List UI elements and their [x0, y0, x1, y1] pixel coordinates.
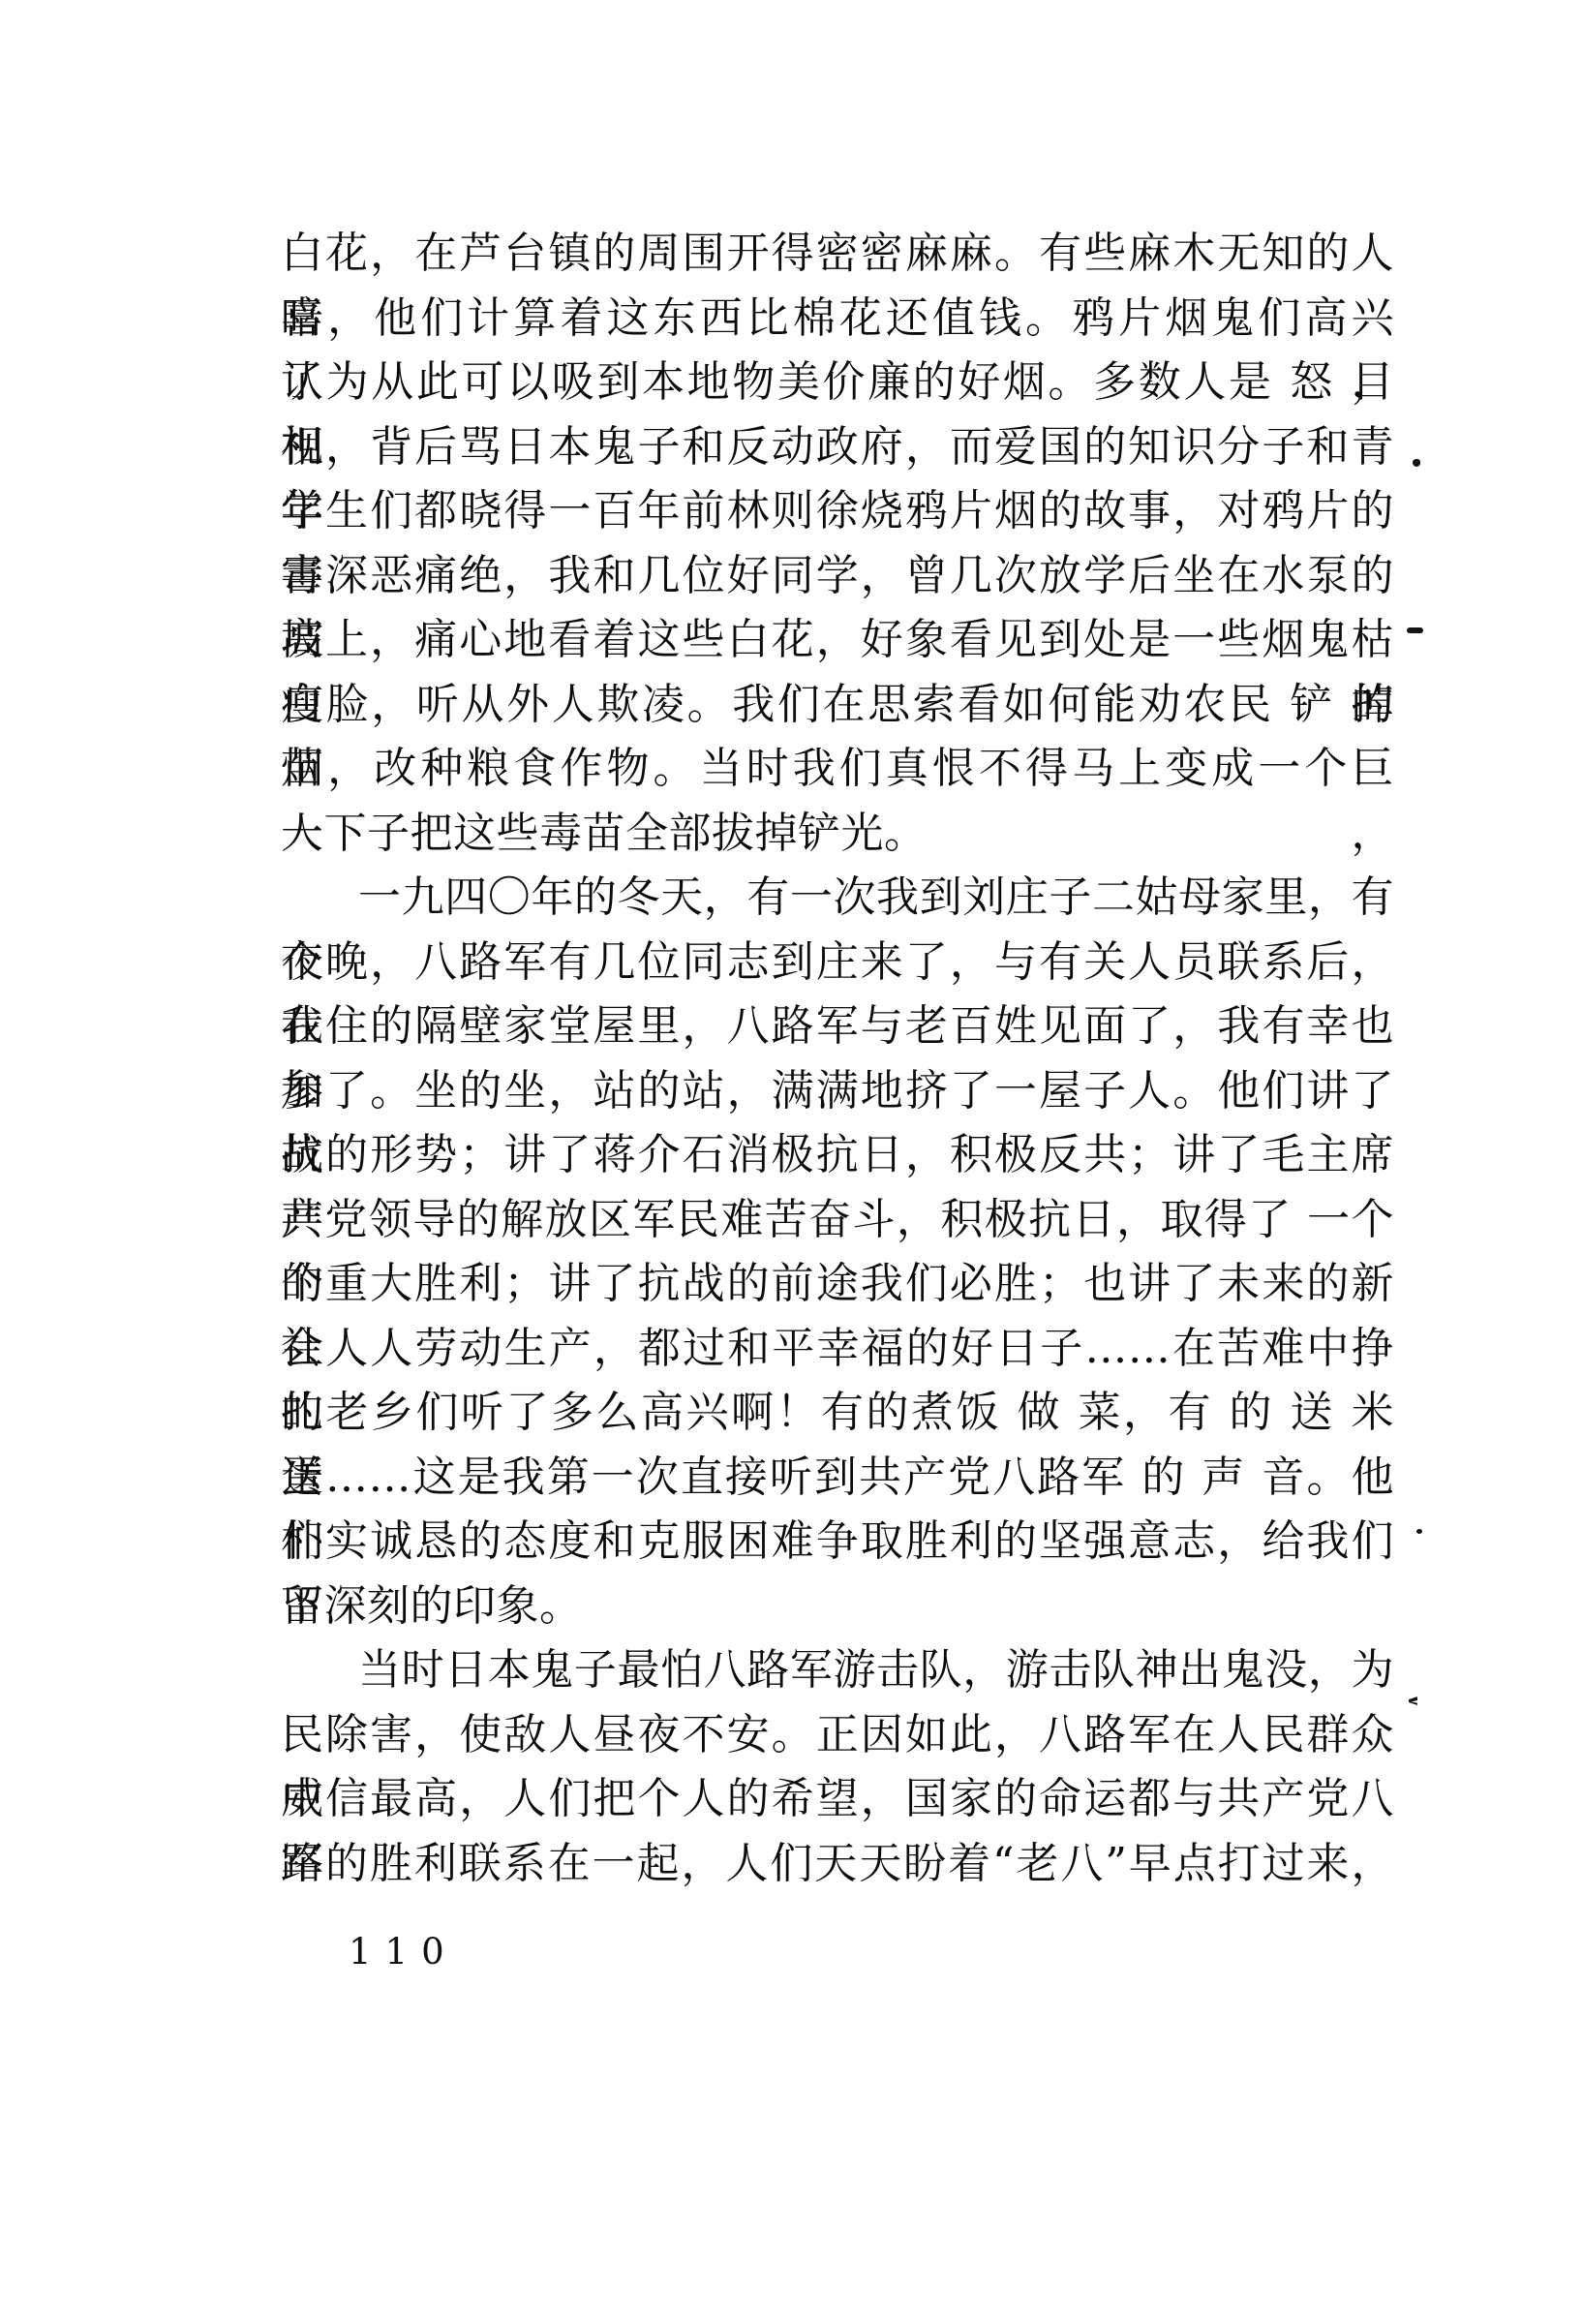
text-line: 的老乡们听了多么高兴啊！有的煮饭 做 菜，有 的 送 米 送: [281, 1381, 1394, 1446]
text-line: 下深刻的印象。: [281, 1575, 1394, 1639]
text-line: 视，背后骂日本鬼子和反动政府，而爱国的知识分子和青年: [281, 415, 1394, 480]
text-line: 蛋……这是我第一次直接听到共产党八路军 的 声 音。他 们: [281, 1446, 1394, 1511]
ink-speck: [1407, 627, 1423, 633]
text-line: 白花，在芦台镇的周围开得密密麻麻。有些麻木无知的人暗: [281, 222, 1394, 287]
text-line: 的重大胜利；讲了抗战的前途我们必胜；也讲了未来的新社: [281, 1252, 1394, 1317]
text-line: 加了。坐的坐，站的站，满满地挤了一屋子人。他们讲了抗: [281, 1059, 1394, 1124]
text-line: 坡上，痛心地看着这些白花，好象看见到处是一些烟鬼枯瘦的: [281, 608, 1394, 673]
text-line: 军的胜利联系在一起，人们天天盼着“老八”早点打过来，: [281, 1832, 1394, 1897]
text-line: 喜，他们计算着这东西比棉花还值钱。鸦片烟鬼们高兴了，: [281, 287, 1394, 352]
text-line: 我住的隔壁家堂屋里，八路军与老百姓见面了，我有幸也参: [281, 994, 1394, 1059]
text-line: 夜晚，八路军有几位同志到庄来了，与有关人员联系后，在: [281, 931, 1394, 995]
ink-speck: [1409, 1697, 1417, 1705]
text-line: 产党领导的解放区军民难苦奋斗，积极抗日，取得了 一个个: [281, 1188, 1394, 1253]
text-line: 战的形势；讲了蒋介石消极抗日，积极反共；讲了毛主席共: [281, 1123, 1394, 1188]
text-line: 会人人劳动生产，都过和平幸福的好日子……在苦难中挣扎: [281, 1317, 1394, 1382]
text-line: 害深恶痛绝，我和几位好同学，曾几次放学后坐在水泵的高: [281, 544, 1394, 609]
text-line: 苗，改种粮食作物。当时我们真恨不得马上变成一个巨人，: [281, 737, 1394, 802]
ink-speck: [1416, 1529, 1422, 1534]
text-line paragraph-start: 一九四〇年的冬天，有一次我到刘庄子二姑母家里，有个: [281, 866, 1394, 931]
page-number: 110: [349, 1931, 458, 1972]
text-line paragraph-start: 当时日本鬼子最怕八路军游击队，游击队神出鬼没，为: [281, 1638, 1394, 1703]
body-text-block: 白花，在芦台镇的周围开得密密麻麻。有些麻木无知的人暗 喜，他们计算着这东西比棉花…: [281, 222, 1394, 1896]
text-line: 学生们都晓得一百年前林则徐烧鸦片烟的故事，对鸦片的毒: [281, 479, 1394, 544]
scanned-book-page: 白花，在芦台镇的周围开得密密麻麻。有些麻木无知的人暗 喜，他们计算着这东西比棉花…: [0, 0, 1582, 2324]
text-line: 朴实诚恳的态度和克服困难争取胜利的坚强意志，给我们留: [281, 1510, 1394, 1575]
text-line: 白脸，听从外人欺凌。我们在思索看如何能劝农民 铲 掉 烟: [281, 673, 1394, 738]
text-line: 民除害，使敌人昼夜不安。正因如此，八路军在人民群众中: [281, 1703, 1394, 1768]
text-line: 威信最高，人们把个人的希望，国家的命运都与共产党八路: [281, 1767, 1394, 1832]
text-line: 认为从此可以吸到本地物美价廉的好烟。多数人是 怒 目 相: [281, 351, 1394, 415]
ink-speck: [1413, 459, 1420, 467]
